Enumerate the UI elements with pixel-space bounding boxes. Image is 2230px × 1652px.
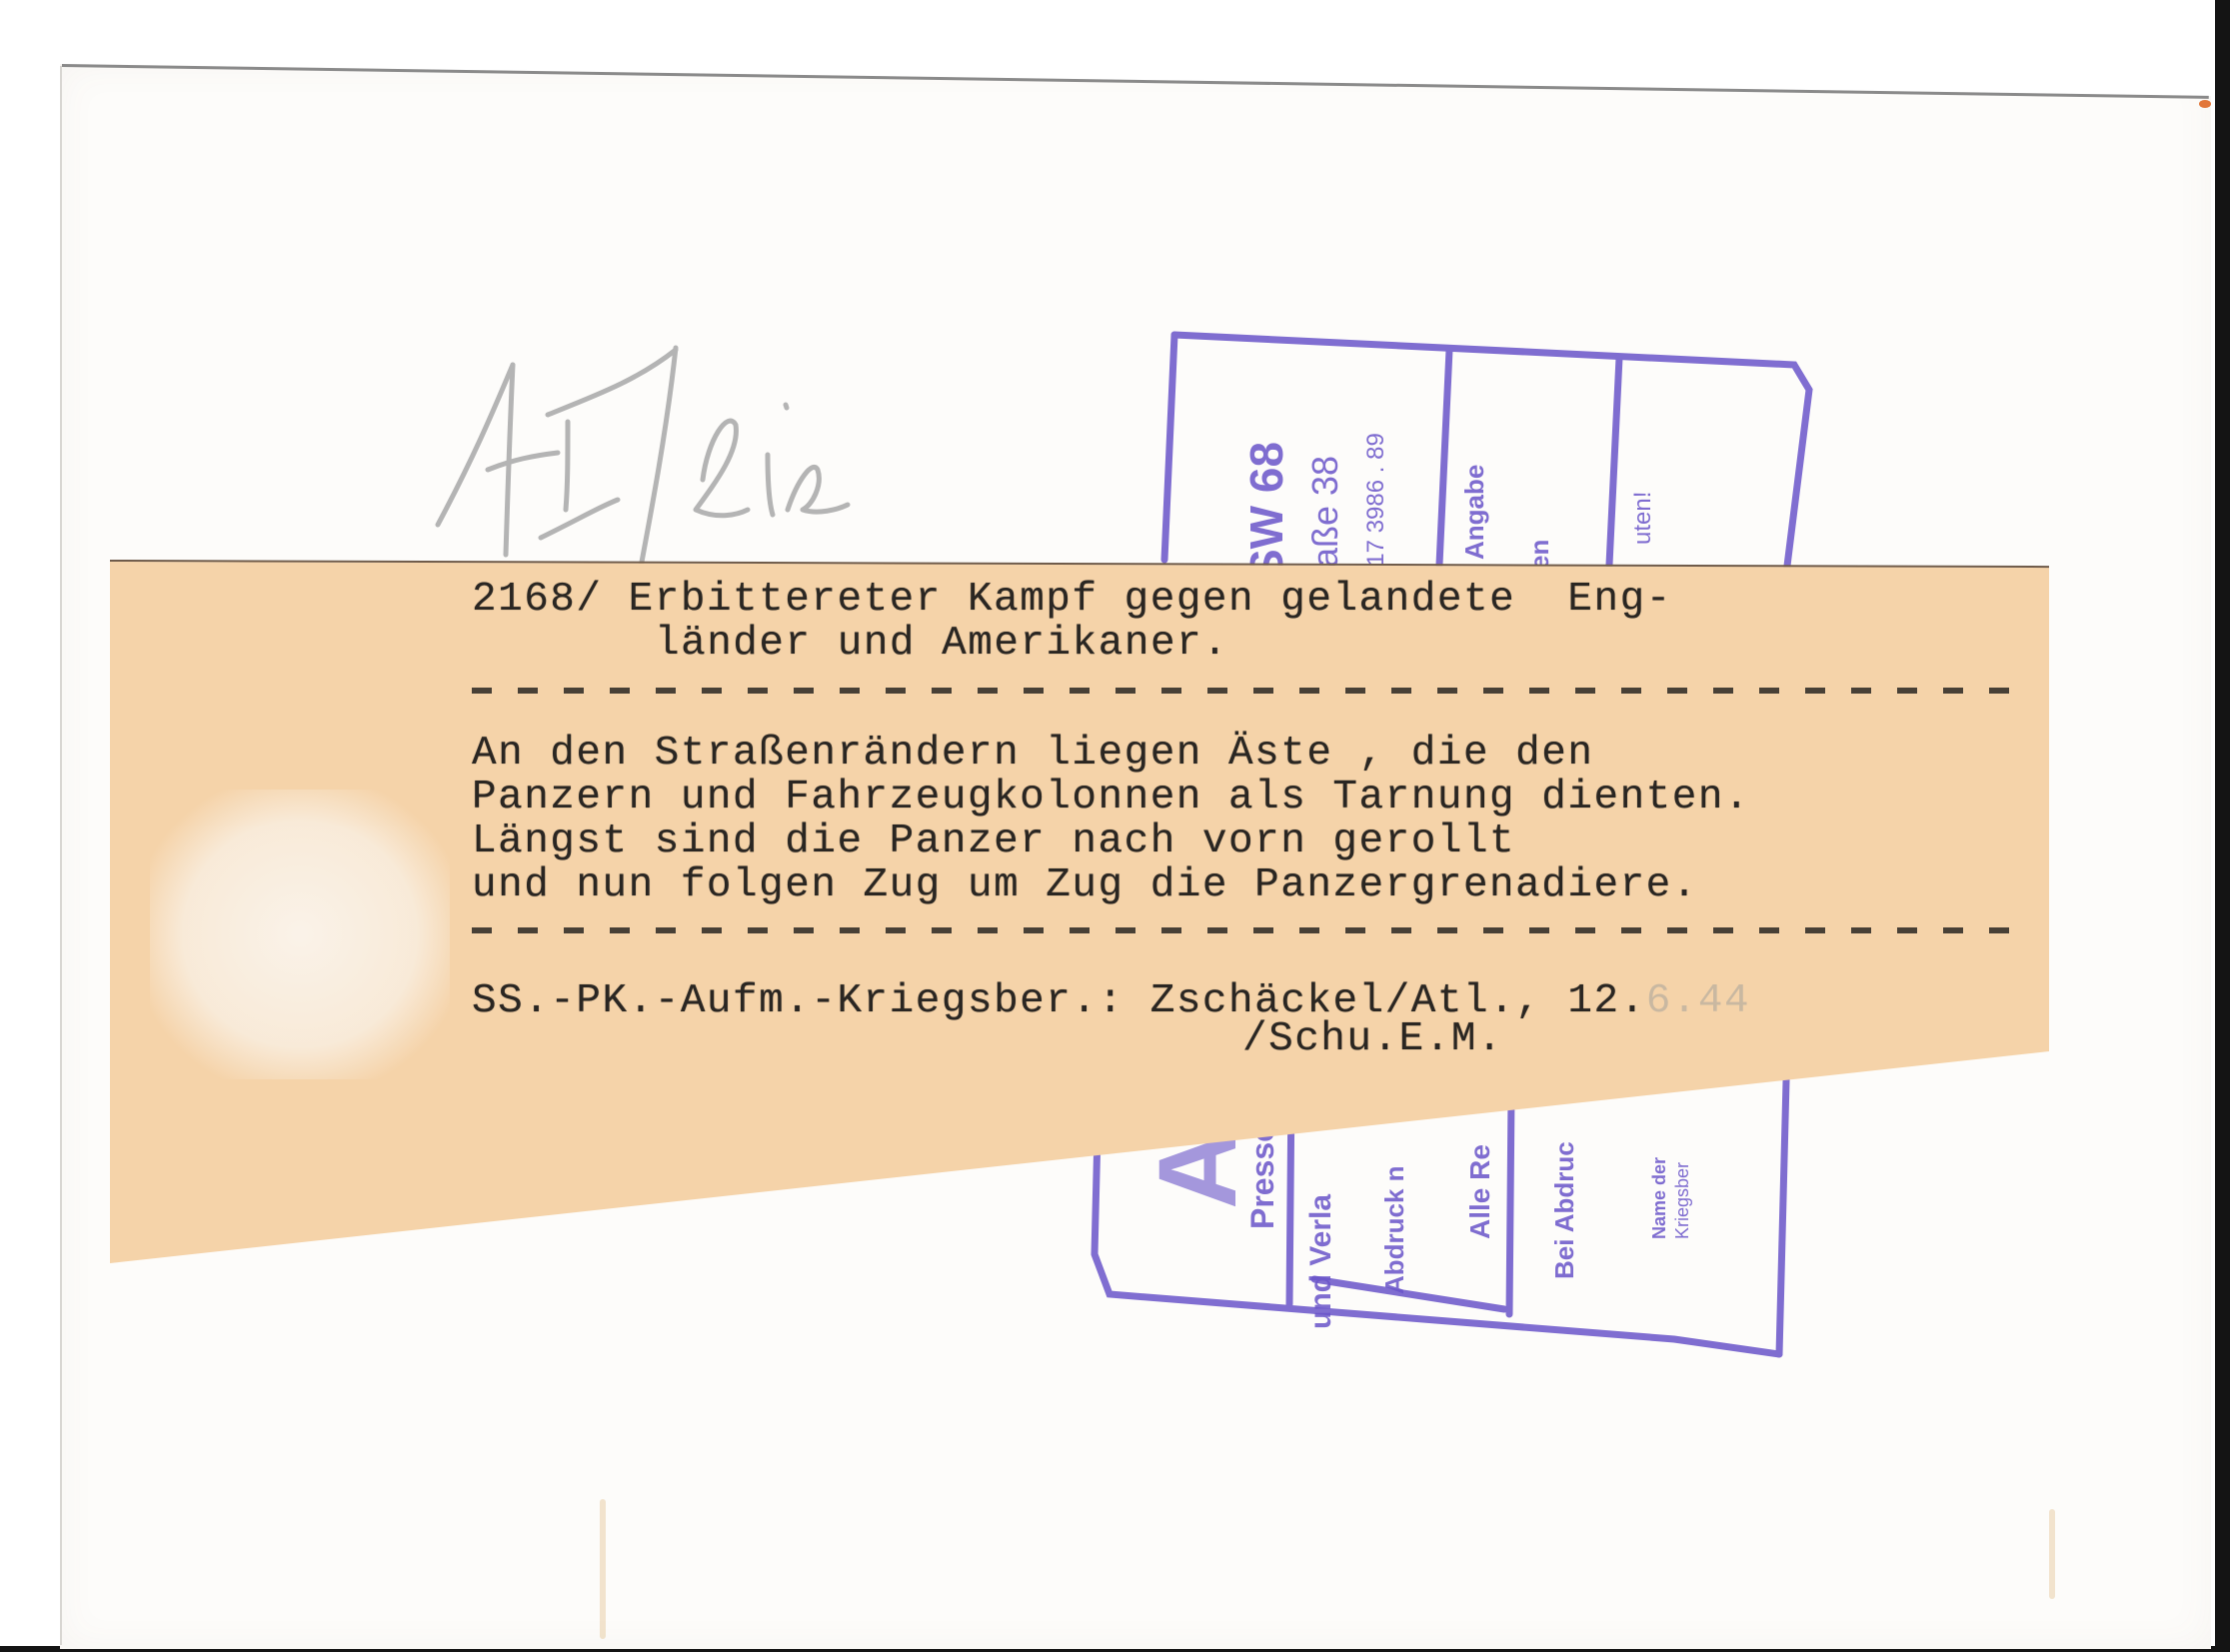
caption-body-line-4: und nun folgen Zug um Zug die Panzergren… <box>472 863 1698 907</box>
credit-prefix: SS.-PK.-Aufm.-Kriegsber.: <box>472 978 1124 1024</box>
caption-body-line-2: Panzern und Fahrzeugkolonnen als Tarnung… <box>472 776 1750 820</box>
caption-title-line-2: länder und Amerikaner. <box>655 622 1228 666</box>
caption-number: 2168/ <box>472 577 603 623</box>
credit-line-2: /Schu.E.M. <box>1242 1017 1503 1061</box>
stain-mark <box>600 1499 606 1639</box>
stamp-text-strasse: raße 38 <box>1304 456 1346 580</box>
caption-body-line-3: Längst sind die Panzer nach vorn gerollt <box>472 820 1515 863</box>
stamp-text-phone: . 17 3986 . 89 <box>1362 433 1390 580</box>
credit-date-faded: 6.44 <box>1646 978 1750 1024</box>
stamp-text-kriegsber: Kriegsber <box>1672 1162 1693 1239</box>
credit-date: 12. <box>1567 978 1645 1024</box>
pencil-annotation <box>418 310 978 600</box>
stamp-text-sw68: SW 68 <box>1239 442 1293 580</box>
card-left-edge <box>60 66 62 1645</box>
faded-area <box>150 790 450 1079</box>
separator-dashes <box>472 927 2026 933</box>
scanner-edge-right <box>2215 0 2230 1652</box>
stamp-text-alle: Alle Re <box>1464 1144 1496 1239</box>
caption-title-line-1: 2168/ Erbittereter Kampf gegen gelandete… <box>472 578 1672 622</box>
stamp-text-angabe: Angabe <box>1459 465 1490 560</box>
stamp-text-bei-abdruck: Bei Abdruc <box>1549 1141 1580 1279</box>
stamp-text-abdruck: Abdruck n <box>1379 1165 1410 1294</box>
stain-mark <box>2049 1509 2055 1599</box>
caption-title: Erbittereter Kampf gegen gelandete Eng- <box>629 577 1672 623</box>
stamp-text-verlag: und Verla <box>1304 1194 1338 1329</box>
credit-line-1: SS.-PK.-Aufm.-Kriegsber.: Zschäckel/Atl.… <box>472 979 1750 1023</box>
caption-body-line-1: An den Straßenrändern liegen Äste , die … <box>472 732 1593 776</box>
stamp-text-name-der: Name der <box>1649 1157 1670 1239</box>
separator-dashes <box>472 688 2026 694</box>
stamp-text-presse: Presse <box>1244 1124 1281 1229</box>
stamp-text-uten: uten! <box>1629 492 1657 545</box>
orange-mark <box>2199 100 2211 108</box>
